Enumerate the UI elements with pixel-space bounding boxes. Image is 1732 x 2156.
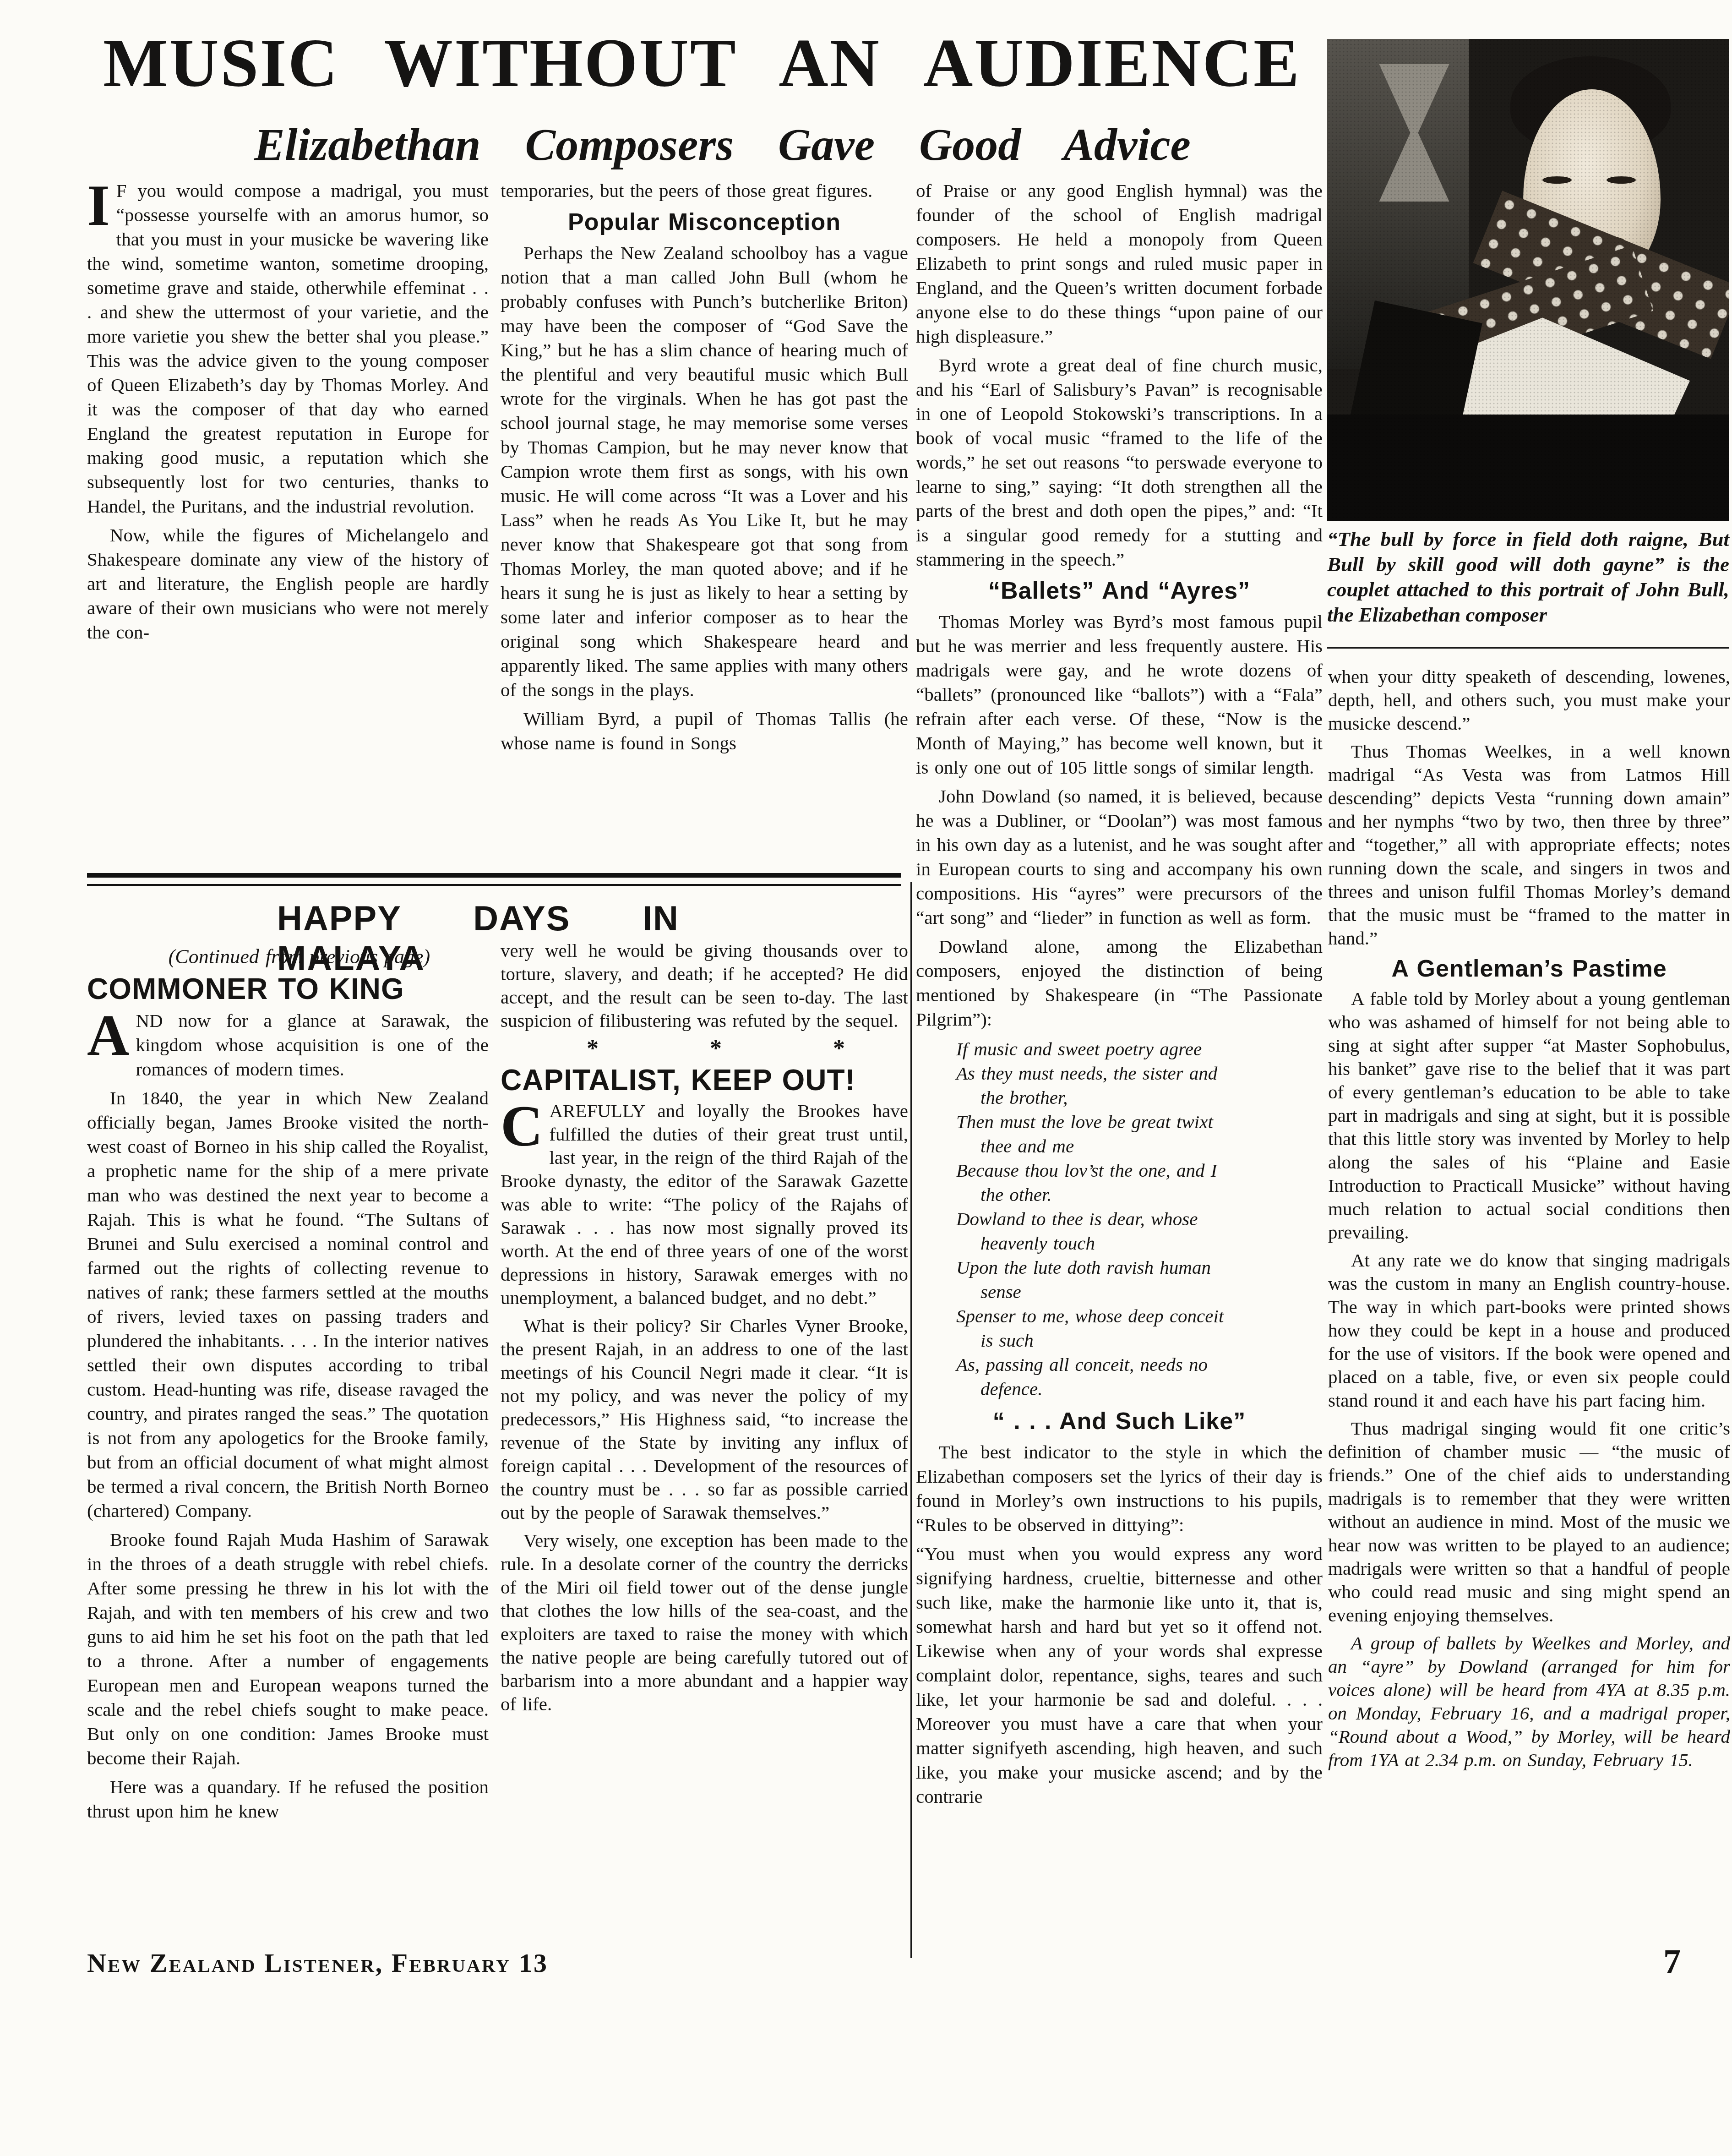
newspaper-page: MUSIC WITHOUT AN AUDIENCE Elizabethan Co… [0, 0, 1732, 2156]
paragraph: Byrd wrote a great deal of fine church m… [916, 353, 1323, 572]
paragraph: IF you would compose a madrigal, you mus… [87, 179, 489, 519]
paragraph: temporaries, but the peers of those grea… [501, 179, 908, 203]
paragraph: At any rate we do know that singing madr… [1328, 1249, 1730, 1412]
paragraph: William Byrd, a pupil of Thomas Tallis (… [501, 707, 908, 755]
paragraph: John Dowland (so named, it is believed, … [916, 784, 1323, 930]
music-article-column-4: when your ditty speaketh of descending, … [1328, 665, 1730, 1776]
section-divider-rule-thin [87, 884, 901, 886]
asterisk-separator: * * * [501, 1037, 908, 1060]
drop-cap: A [87, 1009, 136, 1058]
paragraph: Very wisely, one exception has been made… [501, 1529, 908, 1716]
paragraph-text: AREFULLY and loyally the Brookes have fu… [501, 1100, 908, 1308]
paragraph: “You must when you would express any wor… [916, 1542, 1323, 1809]
music-article-column-3: of Praise or any good English hymnal) wa… [916, 179, 1323, 1813]
drop-cap: C [501, 1099, 549, 1149]
paragraph: when your ditty speaketh of descending, … [1328, 665, 1730, 735]
paragraph: very well he would be giving thousands o… [501, 939, 908, 1032]
publication-footer: New Zealand Listener, February 13 [87, 1948, 548, 1978]
paragraph: Thus madrigal singing would fit one crit… [1328, 1417, 1730, 1627]
paragraph: Thus Thomas Weelkes, in a well known mad… [1328, 740, 1730, 950]
subheading-a-gentlemans-pastime: A Gentleman’s Pastime [1328, 957, 1730, 981]
paragraph: A fable told by Morley about a young gen… [1328, 987, 1730, 1244]
section-divider-rule-thick [87, 873, 901, 878]
music-article-column-1: IF you would compose a madrigal, you mus… [87, 179, 489, 649]
paragraph: Brooke found Rajah Muda Hashim of Sarawa… [87, 1528, 489, 1770]
paragraph: of Praise or any good English hymnal) wa… [916, 179, 1323, 349]
column-divider-rule [910, 882, 912, 1958]
drop-cap: I [87, 179, 116, 228]
paragraph: The best indicator to the style in which… [916, 1440, 1323, 1537]
paragraph: Dowland alone, among the Elizabethan com… [916, 934, 1323, 1032]
paragraph: Now, while the figures of Michelangelo a… [87, 523, 489, 644]
paragraph-text: ND now for a glance at Sarawak, the king… [136, 1010, 489, 1080]
photo-caption: “The bull by force in field doth raigne,… [1327, 527, 1729, 628]
subheading-and-such-like: “ . . . And Such Like” [916, 1409, 1323, 1434]
malaya-article-column-1: (Continued from previous page) COMMONER … [87, 944, 489, 1828]
paragraph: Here was a quandary. If he refused the p… [87, 1775, 489, 1823]
paragraph: What is their policy? Sir Charles Vyner … [501, 1314, 908, 1524]
john-bull-portrait-photo [1327, 39, 1729, 521]
caption-divider-rule [1327, 647, 1729, 649]
paragraph: In 1840, the year in which New Zealand o… [87, 1086, 489, 1523]
subheading-ballets-and-ayres: “Ballets” And “Ayres” [916, 579, 1323, 603]
paragraph-text: F you would compose a madrigal, you must… [87, 180, 489, 517]
subheading-commoner-to-king: COMMONER TO KING [87, 977, 489, 1001]
article-title: MUSIC WITHOUT AN AUDIENCE [103, 27, 1301, 100]
subheading-capitalist-keep-out: CAPITALIST, KEEP OUT! [501, 1069, 908, 1092]
paragraph: Thomas Morley was Byrd’s most famous pup… [916, 610, 1323, 780]
subheading-popular-misconception: Popular Misconception [501, 210, 908, 235]
radio-broadcast-note: A group of ballets by Weelkes and Morley… [1328, 1632, 1730, 1772]
paragraph: Perhaps the New Zealand schoolboy has a … [501, 241, 908, 702]
malaya-article-column-2: very well he would be giving thousands o… [501, 939, 908, 1720]
halftone-overlay [1327, 39, 1729, 521]
paragraph: CAREFULLY and loyally the Brookes have f… [501, 1099, 908, 1310]
paragraph: AND now for a glance at Sarawak, the kin… [87, 1009, 489, 1081]
music-article-column-2: temporaries, but the peers of those grea… [501, 179, 908, 760]
continued-note: (Continued from previous page) [87, 944, 489, 969]
shakespeare-poem-quote: If music and sweet poetry agree As they … [916, 1037, 1323, 1401]
article-subtitle: Elizabethan Composers Gave Good Advice [254, 118, 1191, 171]
page-number: 7 [1663, 1942, 1681, 1982]
